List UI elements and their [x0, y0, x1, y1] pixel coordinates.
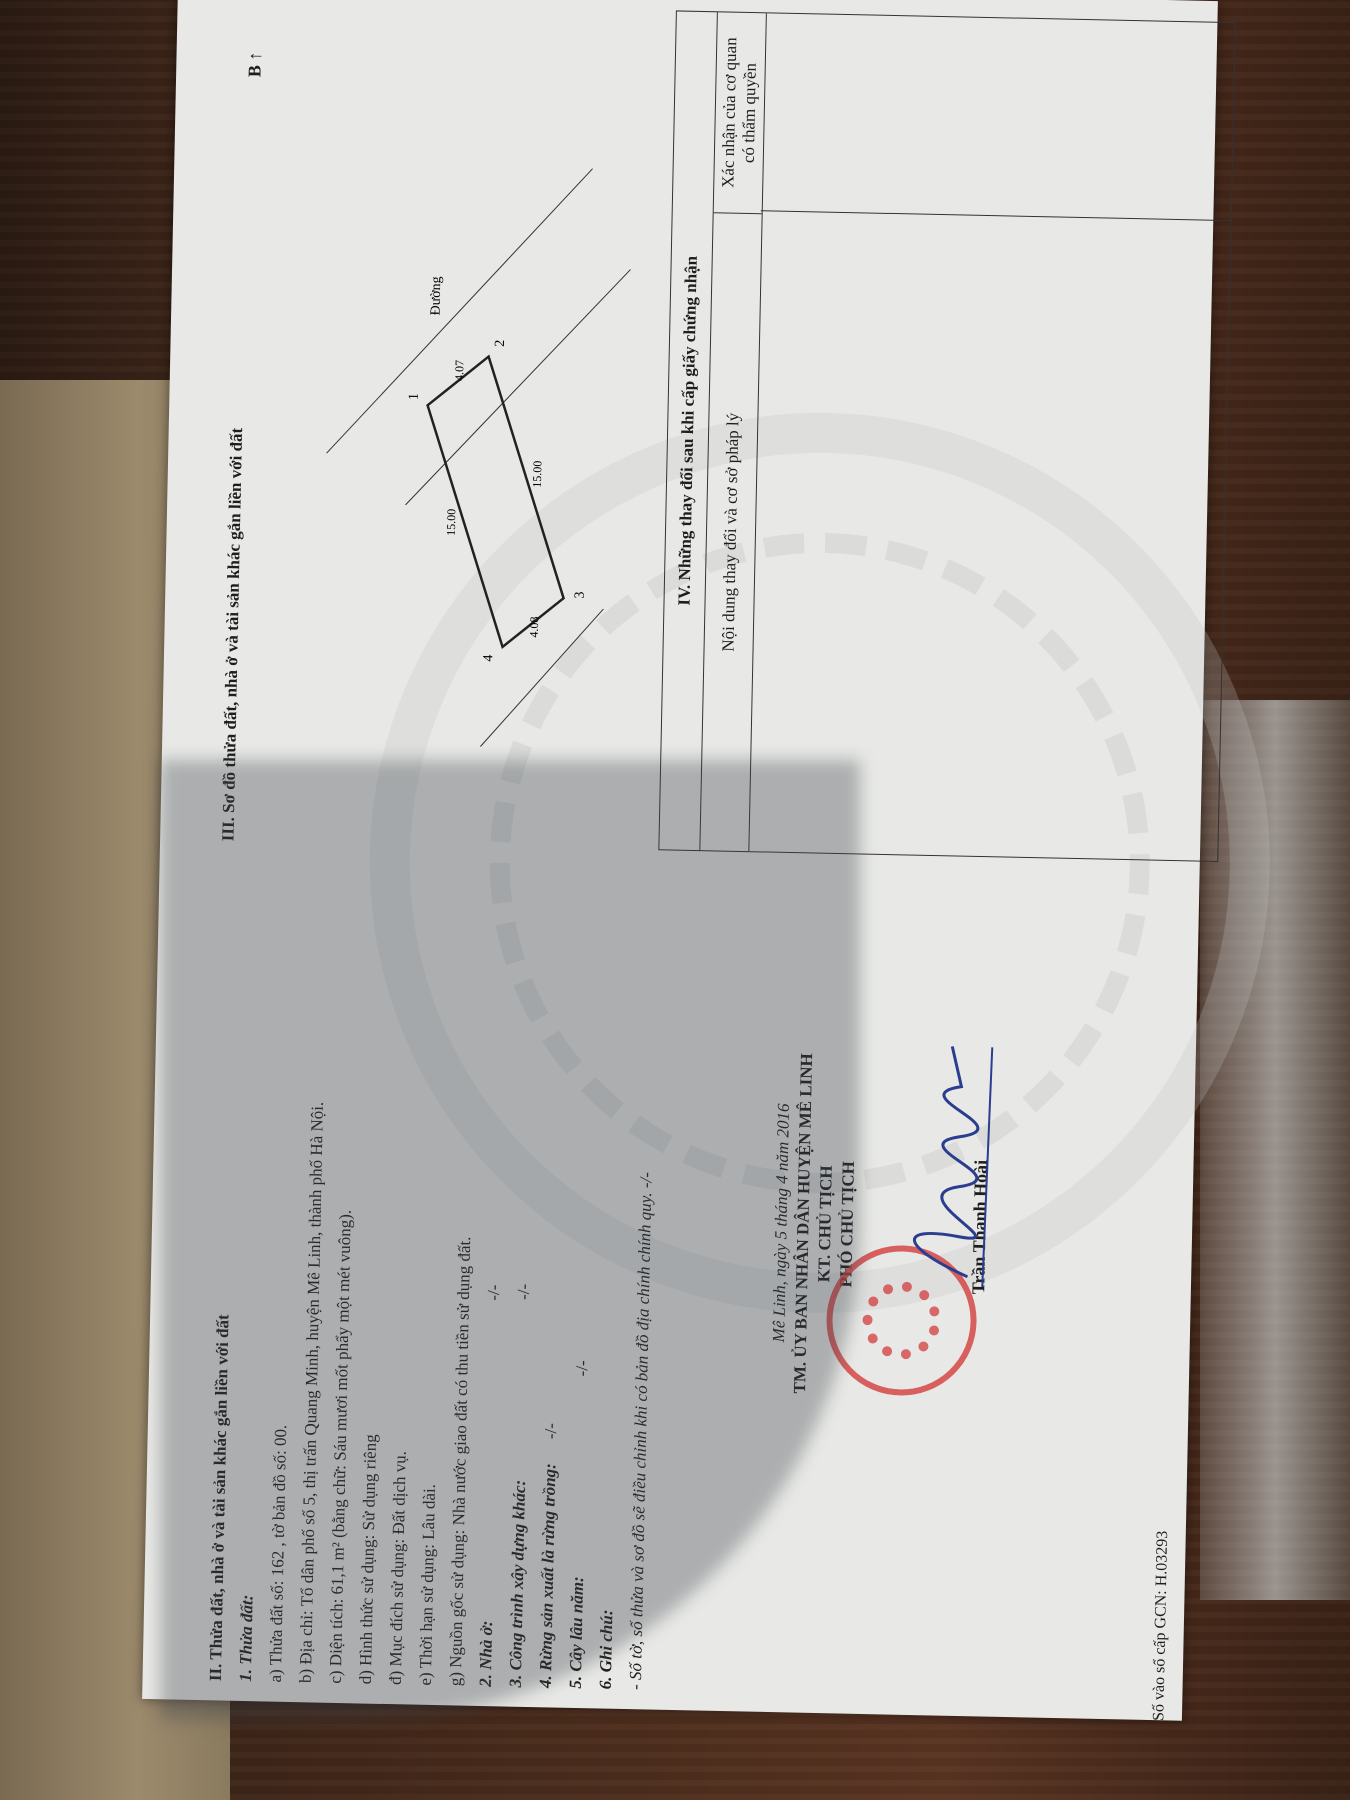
changes-table: IV. Những thay đổi sau khi cấp giấy chứn…	[658, 10, 1235, 862]
changes-table-divider	[761, 210, 1231, 221]
col-authority-confirmation: Xác nhận của cơ quan có thẩm quyền	[714, 12, 766, 213]
parcel-diagram: 1 2 3 4 4.07 15.00 4.08 15.00 Đường	[280, 62, 655, 789]
svg-text:15.00: 15.00	[530, 460, 545, 487]
svg-text:4.07: 4.07	[452, 360, 466, 381]
gcn-register-number: Số vào sổ cấp GCN: H.03293	[1150, 1531, 1172, 1722]
section3-heading: III. Sơ đồ thửa đất, nhà ở và tài sản kh…	[218, 21, 255, 841]
svg-text:Đường: Đường	[428, 276, 444, 315]
signature-scribble	[887, 1035, 1002, 1287]
svg-text:4: 4	[481, 654, 496, 661]
svg-text:4.08: 4.08	[527, 616, 541, 637]
svg-text:1: 1	[407, 393, 422, 400]
svg-text:3: 3	[573, 591, 588, 598]
north-arrow: B ↑	[244, 51, 266, 77]
svg-text:15.00: 15.00	[444, 509, 459, 536]
section-diagram-and-changes: III. Sơ đồ thửa đất, nhà ở và tài sản kh…	[218, 21, 255, 841]
svg-text:2: 2	[493, 340, 508, 347]
